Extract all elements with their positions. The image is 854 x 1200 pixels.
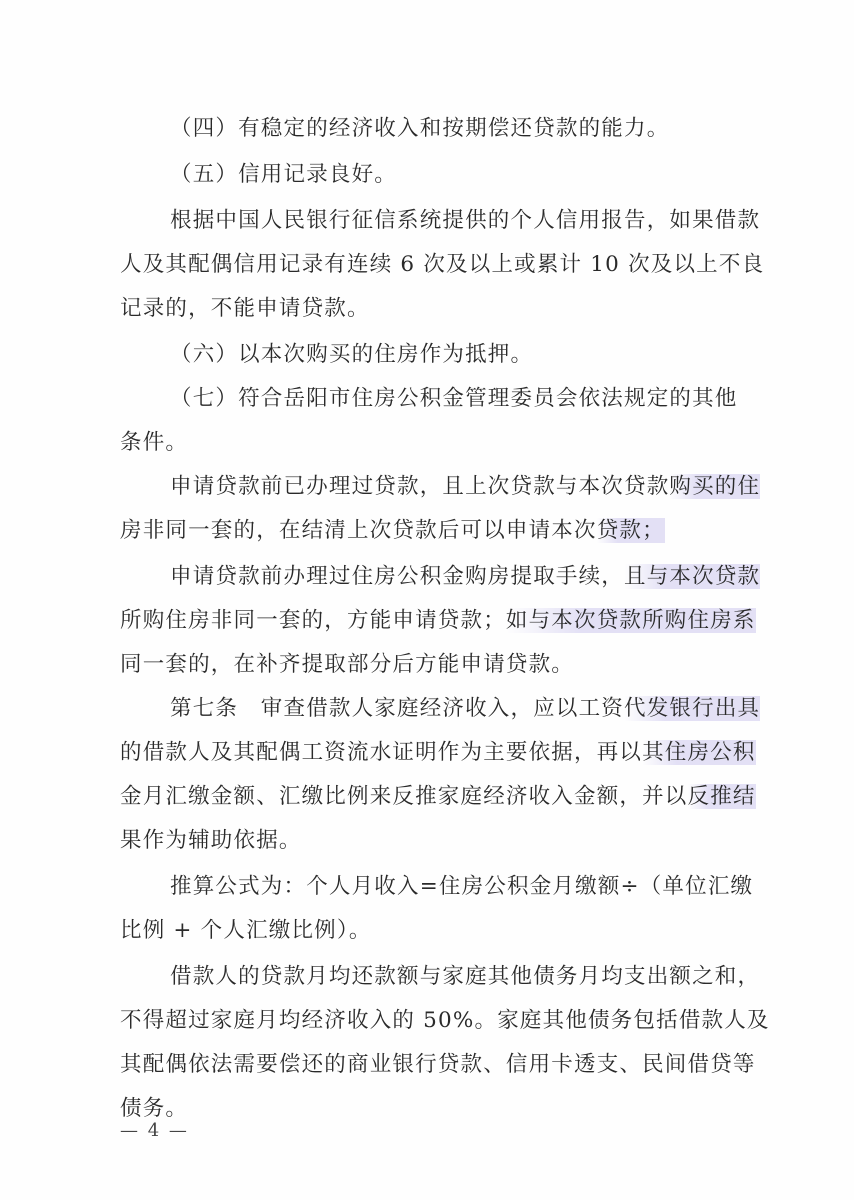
document-page: （四）有稳定的经济收入和按期偿还贷款的能力。 （五）信用记录良好。 根据中国人民…: [0, 0, 854, 1200]
highlighted-text: 其住房公积: [642, 740, 756, 765]
highlighted-text: 且与本次贷款: [624, 564, 760, 589]
clause-7-line-1: （七）符合岳阳市住房公积金管理委员会依法规定的其他: [170, 384, 738, 414]
plain-text: 申请贷款前已办理过贷款，且上次贷款与本次贷款: [170, 474, 669, 499]
plain-text: 的借款人及其配偶工资流水证明作为主要依据，再以: [120, 740, 642, 765]
plain-text: 所购住房非同一套的，方能申请贷款；: [120, 608, 506, 633]
article-7-line-4: 果作为辅助依据。: [120, 826, 302, 856]
withdrawal-paragraph-line-1: 申请贷款前办理过住房公积金购房提取手续，且与本次贷款: [170, 562, 760, 592]
plain-text: 金月汇缴金额、汇缴比例来反推家庭经济收入金额，并以: [120, 784, 688, 809]
plain-text: 申请贷款前办理过住房公积金购房提取手续，: [170, 564, 624, 589]
withdrawal-paragraph-line-3: 同一套的，在补齐提取部分后方能申请贷款。: [120, 650, 574, 680]
plain-text: 第七条 审查借款人家庭经济收入，应以工资: [170, 696, 624, 721]
plain-text: 同一套的，在补齐提取部分后方能申请贷款。: [120, 652, 574, 677]
credit-paragraph-line-1: 根据中国人民银行征信系统提供的个人信用报告，如果借款: [170, 206, 760, 236]
highlighted-text: 贷款；: [597, 518, 665, 543]
debt-paragraph-line-3: 其配偶依法需要偿还的商业银行贷款、信用卡透支、民间借贷等: [120, 1050, 756, 1080]
credit-paragraph-line-3: 记录的，不能申请贷款。: [120, 294, 370, 324]
clause-5: （五）信用记录良好。: [170, 160, 397, 190]
debt-paragraph-line-1: 借款人的贷款月均还款额与家庭其他债务月均支出额之和，: [170, 962, 760, 992]
plain-text: 房非同一套的，在结清上次贷款后可以申请本次: [120, 518, 597, 543]
highlighted-text: 购买的住: [669, 474, 760, 499]
highlighted-text: 如与本次贷款所购住房系: [506, 608, 756, 633]
page-number: — 4 —: [120, 1120, 189, 1141]
formula-line-2: 比例 + 个人汇缴比例）。: [120, 916, 372, 946]
article-7-line-1: 第七条 审查借款人家庭经济收入，应以工资代发银行出具: [170, 694, 760, 724]
highlighted-text: 代发银行出具: [624, 696, 760, 721]
article-7-line-3: 金月汇缴金额、汇缴比例来反推家庭经济收入金额，并以反推结: [120, 782, 756, 812]
prior-loan-paragraph-line-2: 房非同一套的，在结清上次贷款后可以申请本次贷款；: [120, 516, 665, 546]
credit-paragraph-line-2: 人及其配偶信用记录有连续 6 次及以上或累计 10 次及以上不良: [120, 250, 764, 280]
clause-4: （四）有稳定的经济收入和按期偿还贷款的能力。: [170, 114, 669, 144]
clause-7-line-2: 条件。: [120, 428, 188, 458]
article-7-line-2: 的借款人及其配偶工资流水证明作为主要依据，再以其住房公积: [120, 738, 756, 768]
debt-paragraph-line-2: 不得超过家庭月均经济收入的 50%。家庭其他债务包括借款人及: [120, 1006, 770, 1036]
formula-line-1: 推算公式为：个人月收入=住房公积金月缴额÷（单位汇缴: [170, 872, 753, 902]
prior-loan-paragraph-line-1: 申请贷款前已办理过贷款，且上次贷款与本次贷款购买的住: [170, 472, 760, 502]
withdrawal-paragraph-line-2: 所购住房非同一套的，方能申请贷款；如与本次贷款所购住房系: [120, 606, 756, 636]
highlighted-text: 反推结: [688, 784, 756, 809]
clause-6: （六）以本次购买的住房作为抵押。: [170, 340, 533, 370]
